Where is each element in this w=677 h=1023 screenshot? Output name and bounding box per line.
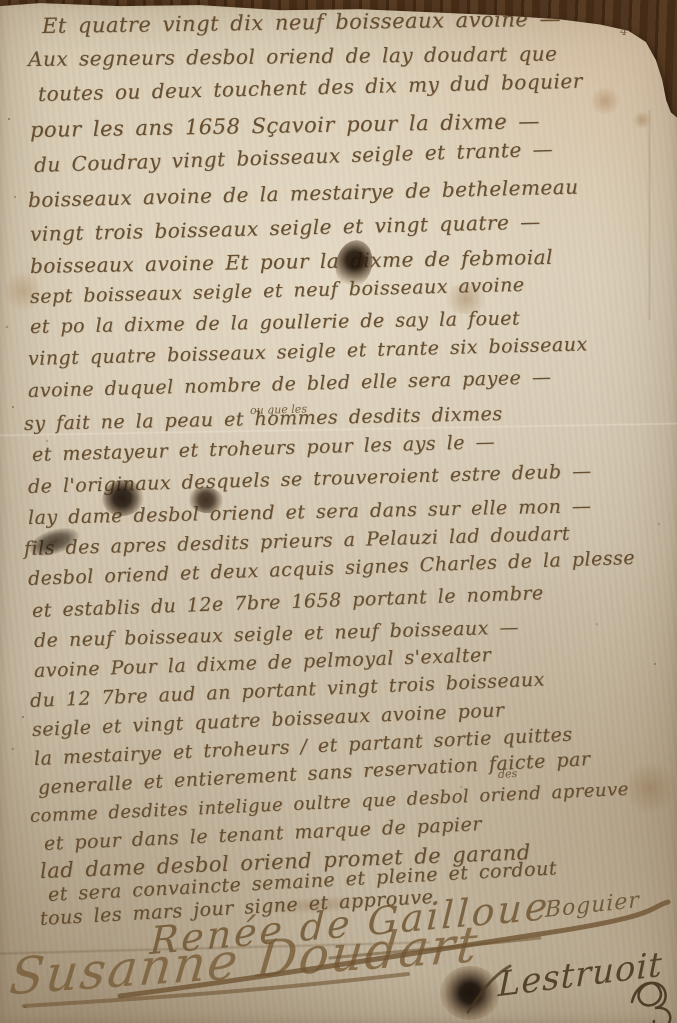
manuscript-line: toutes ou deux touchent des dix my dud b… [38, 71, 583, 104]
signature-boguier: Boguier [545, 890, 640, 922]
signature-lestruoit: Lestruoit [498, 948, 663, 1003]
paper-specks [8, 118, 10, 120]
manuscript-line: vingt quatre boisseaux seigle et trante … [28, 335, 588, 369]
manuscript-paper: Et quatre vingt dix neuf boisseaux avoin… [0, 0, 677, 1023]
manuscript-line: Aux segneurs desbol oriend de lay doudar… [28, 43, 558, 69]
manuscript-line: boisseaux avoine Et pour la dixme de feb… [30, 247, 553, 276]
page-mark: 4 [620, 24, 628, 38]
paper-stain [632, 112, 652, 128]
manuscript-line: boisseaux avoine de la mestairye de beth… [28, 177, 579, 210]
corner-scribble [632, 983, 670, 1023]
signature-susanne-struck: Susanne Doudart [7, 919, 481, 1002]
manuscript-photo: Et quatre vingt dix neuf boisseaux avoin… [0, 0, 677, 1023]
paper-stain [622, 762, 677, 814]
manuscript-line: et po la dixme de la goullerie de say la… [30, 309, 520, 337]
interlinear-note: des [498, 767, 518, 781]
manuscript-line: pour les ans 1658 Sçavoir pour la dixme … [30, 111, 540, 141]
manuscript-line: Et quatre vingt dix neuf boisseaux avoin… [42, 9, 561, 37]
paper-stain [588, 88, 622, 114]
manuscript-line: avoine duquel nombre de bled elle sera p… [28, 368, 552, 401]
paper-shadow-wrap: Et quatre vingt dix neuf boisseaux avoin… [0, 0, 677, 1023]
paper-crease [648, 110, 651, 320]
manuscript-line: du Coudray vingt boisseaux seigle et tra… [34, 139, 554, 175]
manuscript-line: et mestayeur et troheurs pour les ays le… [32, 433, 496, 465]
interlinear-note: ou que les [250, 403, 307, 417]
manuscript-line: et establis du 12e 7bre 1658 portant le … [32, 584, 544, 621]
manuscript-line: vingt trois boisseaux seigle et vingt qu… [30, 212, 541, 244]
